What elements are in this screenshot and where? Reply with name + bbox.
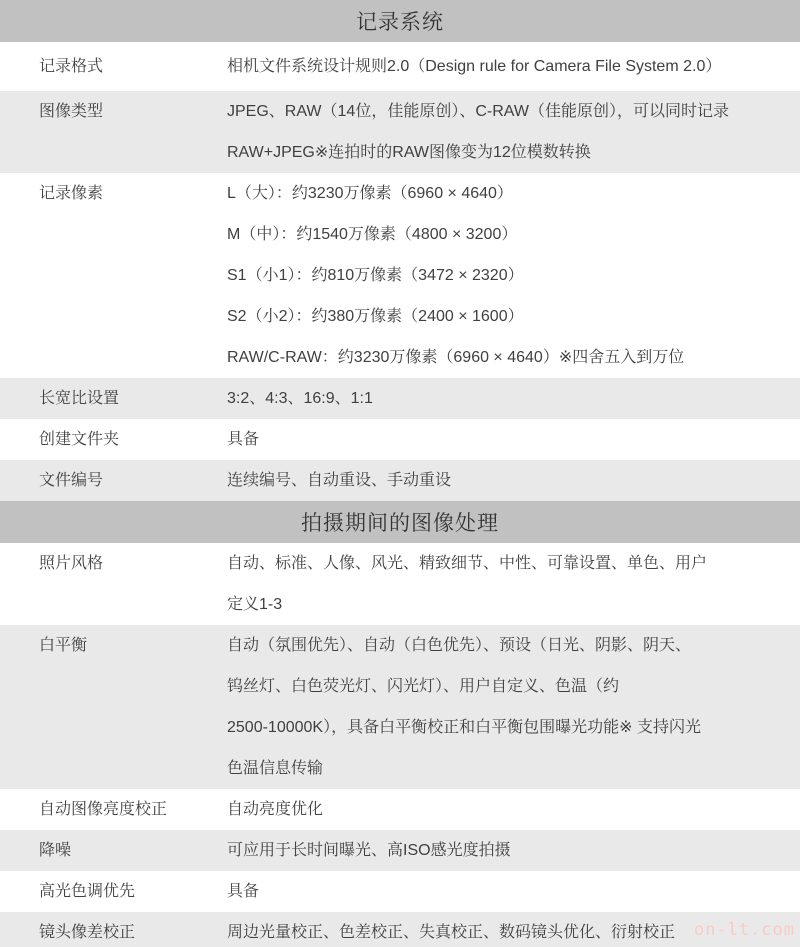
spec-value: 具备 <box>227 871 761 912</box>
spec-row-highlight-tone-priority: 高光色调优先 具备 <box>0 871 800 912</box>
spec-value: 可应用于长时间曝光、高ISO感光度拍摄 <box>227 830 761 871</box>
spec-value: L（大）：约3230万像素（6960 × 4640） M（中）：约1540万像素… <box>227 173 761 378</box>
spec-row-aspect-ratio: 长宽比设置 3:2、4:3、16:9、1:1 <box>0 378 800 419</box>
spec-row-white-balance: 白平衡 自动（氛围优先）、自动（白色优先）、预设（日光、阴影、阴天、 钨丝灯、白… <box>0 625 800 789</box>
spec-value: JPEG、RAW（14位，佳能原创）、C-RAW（佳能原创），可以同时记录 RA… <box>227 91 761 173</box>
spec-label: 记录像素 <box>0 173 227 214</box>
spec-row-create-folder: 创建文件夹 具备 <box>0 419 800 460</box>
spec-value: 自动亮度优化 <box>227 789 761 830</box>
spec-label: 长宽比设置 <box>0 378 227 419</box>
site-watermark: on-lt.com <box>694 920 795 940</box>
spec-row-file-numbering: 文件编号 连续编号、自动重设、手动重设 <box>0 460 800 501</box>
spec-label: 自动图像亮度校正 <box>0 789 227 830</box>
spec-label: 创建文件夹 <box>0 419 227 460</box>
spec-row-image-type: 图像类型 JPEG、RAW（14位，佳能原创）、C-RAW（佳能原创），可以同时… <box>0 91 800 173</box>
spec-value: 周边光量校正、色差校正、失真校正、数码镜头优化、衍射校正 <box>227 912 761 947</box>
spec-label: 照片风格 <box>0 543 227 584</box>
spec-row-lens-aberration-correction: 镜头像差校正 周边光量校正、色差校正、失真校正、数码镜头优化、衍射校正 <box>0 912 800 947</box>
spec-label: 白平衡 <box>0 625 227 666</box>
section-title: 记录系统 <box>356 6 444 36</box>
spec-label: 镜头像差校正 <box>0 912 227 947</box>
spec-label: 记录格式 <box>0 46 227 87</box>
spec-sheet-page: 记录系统 记录格式 相机文件系统设计规则2.0（Design rule for … <box>0 0 800 947</box>
spec-value: 连续编号、自动重设、手动重设 <box>227 460 761 501</box>
spec-row-recording-format: 记录格式 相机文件系统设计规则2.0（Design rule for Camer… <box>0 42 800 91</box>
spec-row-noise-reduction: 降噪 可应用于长时间曝光、高ISO感光度拍摄 <box>0 830 800 871</box>
spec-label: 文件编号 <box>0 460 227 501</box>
section-header-recording-system: 记录系统 <box>0 0 800 42</box>
spec-row-recording-pixels: 记录像素 L（大）：约3230万像素（6960 × 4640） M（中）：约15… <box>0 173 800 378</box>
spec-value: 自动（氛围优先）、自动（白色优先）、预设（日光、阴影、阴天、 钨丝灯、白色荧光灯… <box>227 625 761 789</box>
spec-label: 降噪 <box>0 830 227 871</box>
spec-value: 自动、标准、人像、风光、精致细节、中性、可靠设置、单色、用户 定义1-3 <box>227 543 761 625</box>
spec-value: 具备 <box>227 419 761 460</box>
spec-label: 图像类型 <box>0 91 227 132</box>
section-title: 拍摄期间的图像处理 <box>301 507 499 537</box>
section-header-image-processing: 拍摄期间的图像处理 <box>0 501 800 543</box>
spec-value: 相机文件系统设计规则2.0（Design rule for Camera Fil… <box>227 46 761 87</box>
spec-value: 3:2、4:3、16:9、1:1 <box>227 378 761 419</box>
spec-label: 高光色调优先 <box>0 871 227 912</box>
spec-row-auto-lighting-optimizer: 自动图像亮度校正 自动亮度优化 <box>0 789 800 830</box>
spec-row-picture-style: 照片风格 自动、标准、人像、风光、精致细节、中性、可靠设置、单色、用户 定义1-… <box>0 543 800 625</box>
